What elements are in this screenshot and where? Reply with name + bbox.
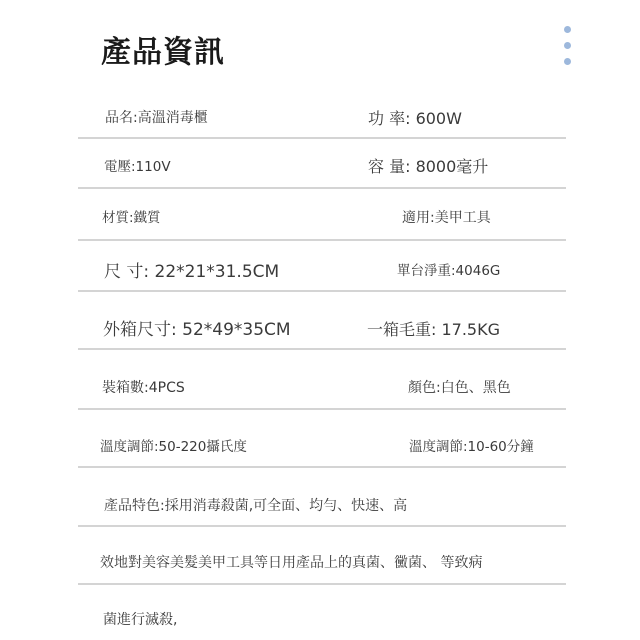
spec-box-size: 外箱尺寸: 52*49*35CM [103, 320, 291, 340]
spec-material: 材質:鐵質 [102, 208, 161, 228]
spec-capacity: 容 量: 8000毫升 [368, 157, 488, 177]
dot [564, 26, 571, 33]
spec-voltage: 電壓:110V [104, 157, 171, 177]
divider [78, 187, 566, 189]
description-line-1: 產品特色:採用消毒殺菌,可全面、均勻、快速、高 [104, 496, 407, 516]
spec-size: 尺 寸: 22*21*31.5CM [104, 262, 279, 282]
description-line-3: 菌進行滅殺, [103, 610, 177, 630]
spec-product-name: 品名:高溫消毒櫃 [105, 108, 208, 128]
divider [78, 239, 566, 241]
dot [564, 42, 571, 49]
dot [564, 58, 571, 65]
spec-temperature-range: 溫度調節:50-220攝氏度 [100, 437, 247, 457]
description-line-2: 效地對美容美髮美甲工具等日用產品上的真菌、黴菌、 等致病 [100, 553, 482, 573]
vertical-dots-icon[interactable] [564, 26, 572, 74]
divider [78, 348, 566, 350]
divider [78, 583, 566, 585]
spec-usage: 適用:美甲工具 [402, 208, 491, 228]
spec-gross-weight: 一箱毛重: 17.5KG [367, 320, 500, 340]
spec-quantity-per-box: 裝箱數:4PCS [102, 378, 185, 398]
divider [78, 525, 566, 527]
divider [78, 408, 566, 410]
spec-time-range: 溫度調節:10-60分鐘 [409, 437, 534, 457]
divider [78, 466, 566, 468]
divider [78, 137, 566, 139]
page-title: 產品資訊 [101, 33, 225, 73]
spec-colors: 顏色:白色、黑色 [408, 378, 511, 398]
spec-net-weight: 單台淨重:4046G [397, 261, 500, 281]
divider [78, 290, 566, 292]
spec-power: 功 率: 600W [368, 109, 462, 129]
